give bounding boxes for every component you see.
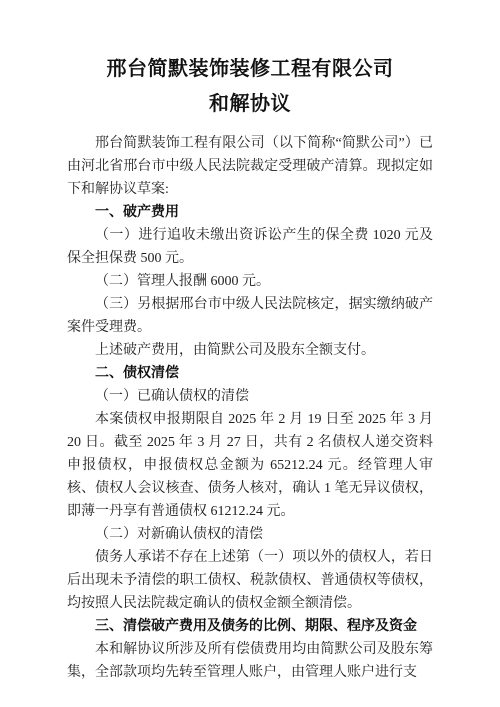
body-paragraph: （三）另根据邢台市中级人民法院核定，据实缴纳破产案件受理费。: [67, 293, 433, 339]
section-heading: 三、清偿破产费用及债务的比例、期限、程序及资金: [67, 615, 433, 638]
body-paragraph: 债务人承诺不存在上述第（一）项以外的债权人，若日后出现未予清偿的职工债权、税款债…: [67, 546, 433, 615]
section-heading: 一、破产费用: [67, 201, 433, 224]
body-paragraph: （一）进行追收未缴出资诉讼产生的保全费 1020 元及保全担保费 500 元。: [67, 224, 433, 270]
body-paragraph: 本案债权申报期限自 2025 年 2 月 19 日至 2025 年 3 月 20…: [67, 408, 433, 523]
body-paragraph: （二）对新确认债权的清偿: [67, 523, 433, 546]
body-paragraph: 上述破产费用，由简默公司及股东全额支付。: [67, 339, 433, 362]
body-paragraph: 邢台简默装饰工程有限公司（以下简称“简默公司”）已由河北省邢台市中级人民法院裁定…: [67, 132, 433, 201]
body-paragraph: （二）管理人报酬 6000 元。: [67, 270, 433, 293]
document-page: 邢台简默装饰装修工程有限公司 和解协议 邢台简默装饰工程有限公司（以下简称“简默…: [0, 0, 500, 707]
document-title-line1: 邢台简默装饰装修工程有限公司: [67, 52, 433, 87]
body-paragraph: （一）已确认债权的清偿: [67, 385, 433, 408]
section-heading: 二、债权清偿: [67, 362, 433, 385]
document-title: 邢台简默装饰装修工程有限公司 和解协议: [67, 52, 433, 122]
document-title-line2: 和解协议: [67, 87, 433, 122]
document-body: 邢台简默装饰工程有限公司（以下简称“简默公司”）已由河北省邢台市中级人民法院裁定…: [67, 132, 433, 684]
body-paragraph: 本和解协议所涉及所有偿债费用均由简默公司及股东筹集，全部款项均先转至管理人账户，…: [67, 638, 433, 684]
